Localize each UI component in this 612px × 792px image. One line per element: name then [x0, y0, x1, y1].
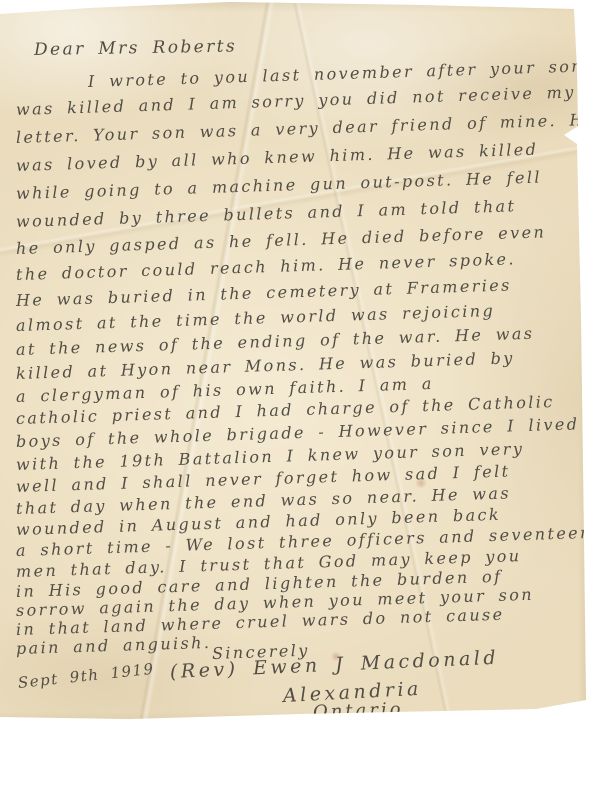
letter-date: Sept 9th 1919 — [17, 660, 155, 692]
salutation: Dear Mrs Roberts — [34, 36, 237, 60]
signature-province: Ontario — [313, 699, 404, 723]
letter-paper: Dear Mrs Roberts I wrote to you last nov… — [0, 0, 592, 728]
